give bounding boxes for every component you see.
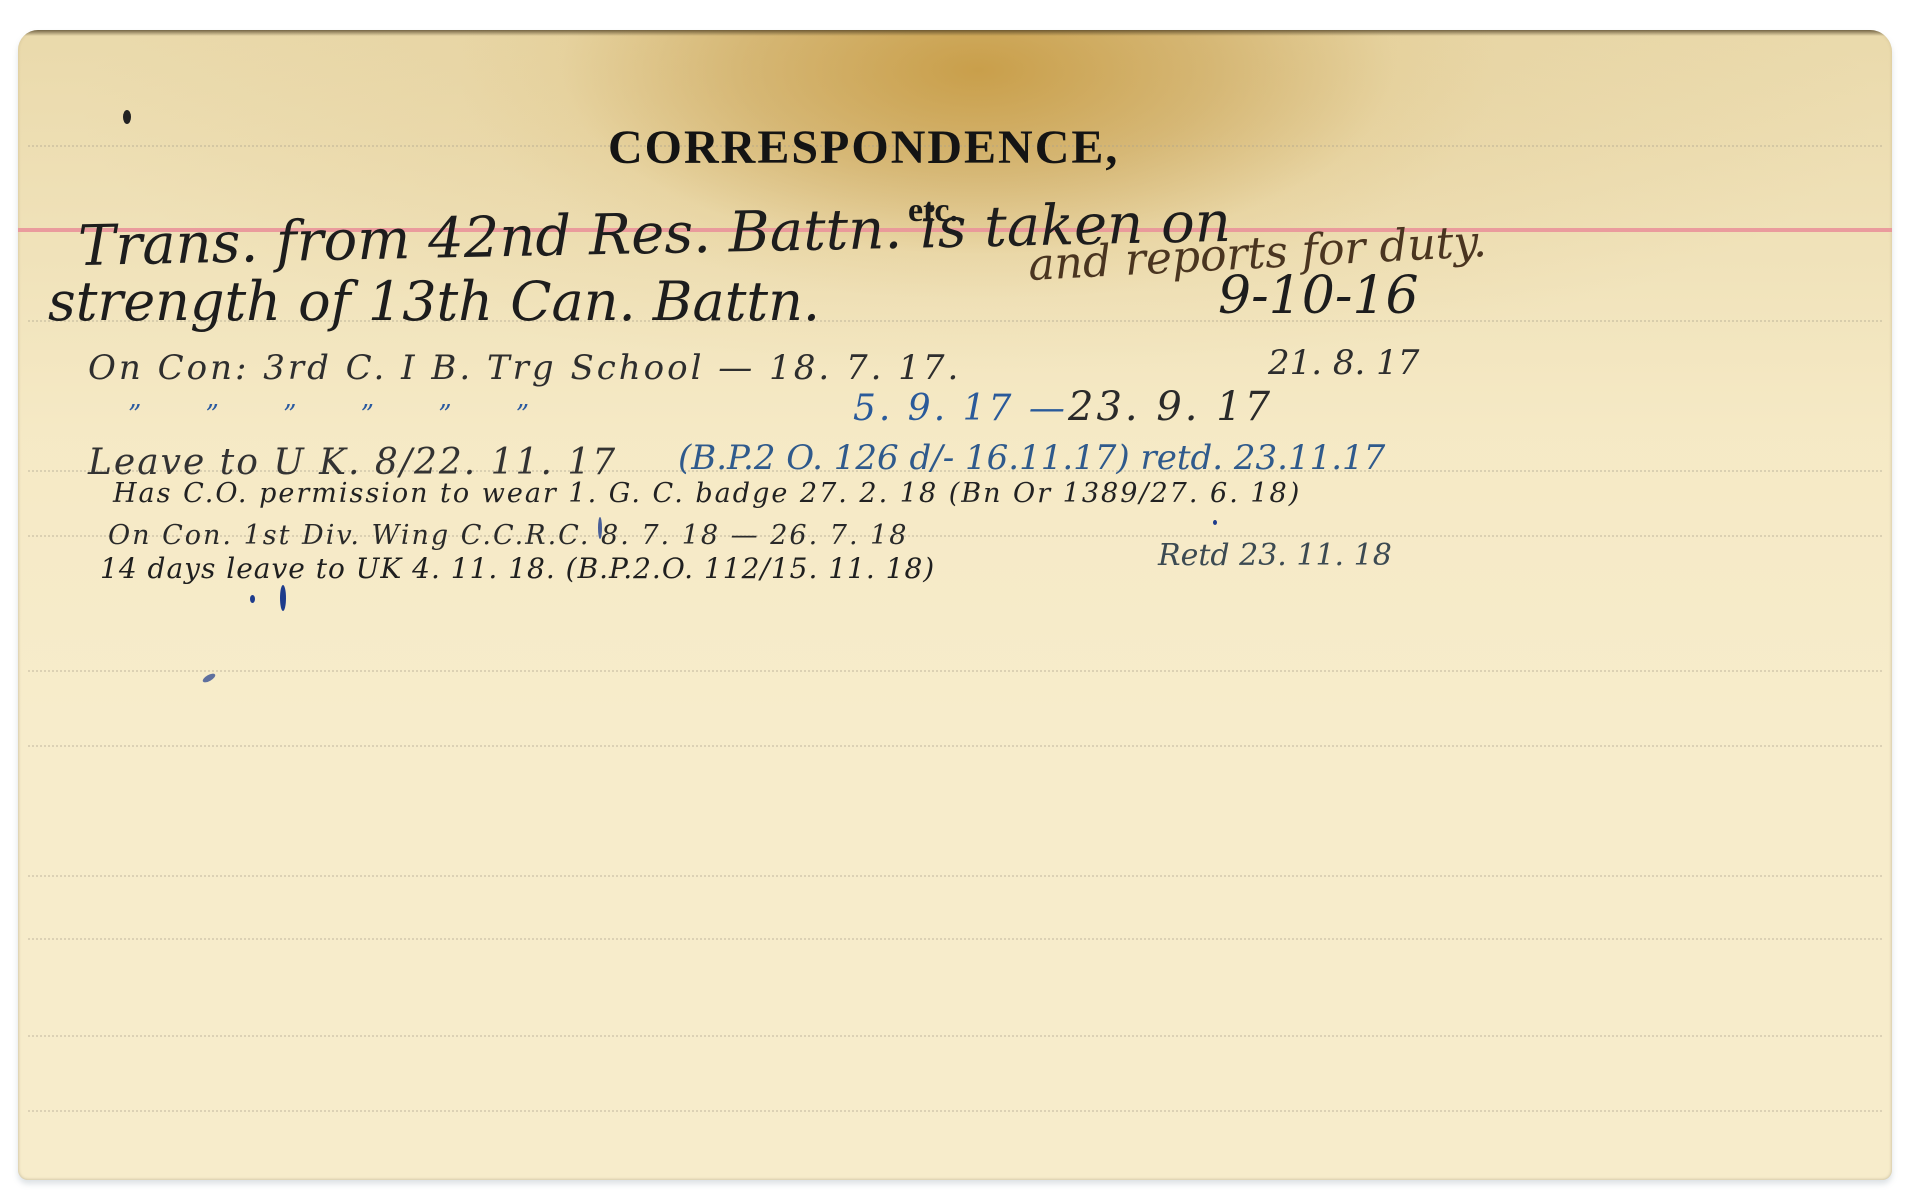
- entry-course-2-start: 5. 9. 17 —: [853, 388, 1068, 429]
- card-heading: CORRESPONDENCE,: [608, 120, 1119, 175]
- entry-course-1: On Con: 3rd C. I B. Trg School — 18. 7. …: [88, 348, 961, 388]
- ruled-line: [28, 1035, 1882, 1037]
- entry-course-1-end: 21. 8. 17: [1268, 343, 1419, 383]
- entry-transfer-line2: strength of 13th Can. Battn.: [48, 270, 820, 333]
- ink-blot: [1213, 520, 1217, 525]
- ink-blot: [201, 672, 216, 684]
- ruled-line: [28, 875, 1882, 877]
- record-card: CORRESPONDENCE, etc. Trans. from 42nd Re…: [18, 30, 1892, 1180]
- ruled-line: [28, 670, 1882, 672]
- card-top-edge: [18, 30, 1892, 36]
- entry-transfer-date: 9-10-16: [1218, 266, 1419, 326]
- ruled-line: [28, 938, 1882, 940]
- entry-leave-1: Leave to U K. 8/22. 11. 17: [88, 442, 617, 483]
- entry-badge-permission: Has C.O. permission to wear 1. G. C. bad…: [113, 478, 1301, 509]
- ink-blot: [598, 517, 602, 539]
- ruled-line: [28, 745, 1882, 747]
- entry-leave-2: 14 days leave to UK 4. 11. 18. (B.P.2.O.…: [100, 552, 935, 585]
- ink-blot: [123, 110, 131, 124]
- ruled-line: [28, 1110, 1882, 1112]
- entry-course-3-annotation: Retd 23. 11. 18: [1158, 538, 1392, 573]
- ink-blot: [250, 595, 255, 603]
- entry-course-2-ditto: ” ” ” ” ” ”: [128, 400, 557, 430]
- entry-course-3: On Con. 1st Div. Wing C.C.R.C. 8. 7. 18 …: [108, 520, 908, 551]
- entry-leave-1-reference: (B.P.2 O. 126 d/- 16.11.17) retd. 23.11.…: [678, 438, 1385, 478]
- entry-course-2-end: 23. 9. 17: [1068, 384, 1273, 430]
- ink-blot: [280, 585, 286, 611]
